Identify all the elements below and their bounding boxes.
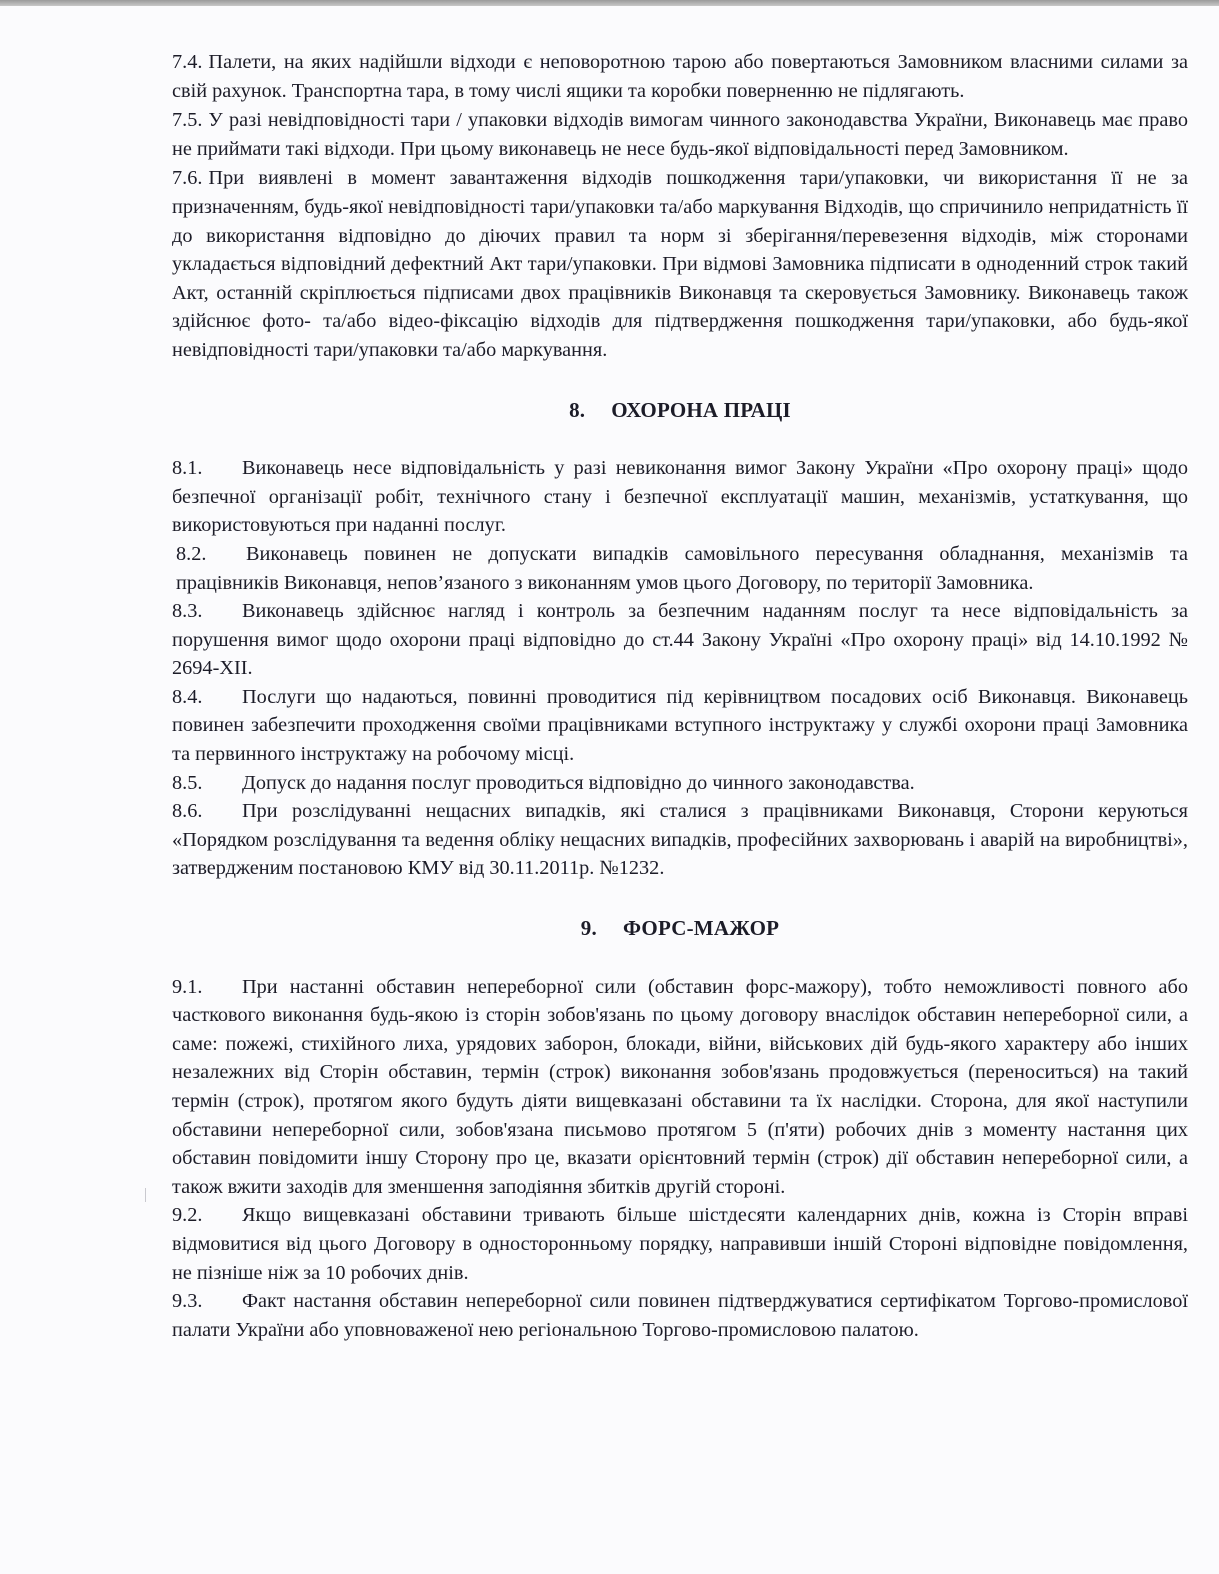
clause-8-6: 8.6.При розслідуванні нещасних випадків,… bbox=[172, 797, 1188, 883]
clause-text: Виконавець повинен не допускати випадків… bbox=[176, 543, 1188, 594]
clause-text: Виконавець здійснює нагляд і контроль за… bbox=[172, 600, 1188, 679]
clause-8-4: 8.4.Послуги що надаються, повинні провод… bbox=[172, 683, 1188, 769]
section-9-items: 9.1.При настанні обставин непереборної с… bbox=[172, 973, 1188, 1345]
clause-9-3: 9.3.Факт настання обставин непереборної … bbox=[172, 1287, 1188, 1344]
clause-text: Факт настання обставин непереборної сили… bbox=[172, 1290, 1188, 1341]
section-9-heading: 9.ФОРС-МАЖОР bbox=[172, 914, 1188, 943]
section-title: ФОРС-МАЖОР bbox=[623, 916, 779, 940]
section-8-heading: 8.ОХОРОНА ПРАЦІ bbox=[172, 396, 1188, 425]
section-7-items: 7.4.Палети, на яких надійшли відходи є н… bbox=[172, 48, 1188, 365]
scan-top-edge bbox=[0, 0, 1219, 6]
clause-text: Послуги що надаються, повинні проводитис… bbox=[172, 686, 1188, 765]
clause-7-5: 7.5.У разі невідповідності тари / упаков… bbox=[172, 106, 1188, 163]
section-number: 8. bbox=[569, 398, 585, 422]
scan-artifact-mark bbox=[145, 1188, 146, 1202]
clause-text: У разі невідповідності тари / упаковки в… bbox=[172, 109, 1188, 160]
clause-text: При настанні обставин непереборної сили … bbox=[172, 976, 1188, 1198]
clause-text: Палети, на яких надійшли відходи є непов… bbox=[172, 51, 1188, 102]
clause-number: 9.2. bbox=[172, 1201, 242, 1230]
clause-number: 8.2. bbox=[176, 540, 246, 569]
clause-number: 8.4. bbox=[172, 683, 242, 712]
clause-number: 8.5. bbox=[172, 769, 242, 798]
clause-number: 8.1. bbox=[172, 454, 242, 483]
clause-number: 7.6. bbox=[172, 167, 202, 189]
document-page: 7.4.Палети, на яких надійшли відходи є н… bbox=[172, 48, 1188, 1344]
section-8-items: 8.1.Виконавець несе відповідальність у р… bbox=[172, 454, 1188, 883]
clause-8-3: 8.3.Виконавець здійснює нагляд і контрол… bbox=[172, 597, 1188, 683]
clause-text: Якщо вищевказані обставини тривають біль… bbox=[172, 1204, 1188, 1283]
clause-7-4: 7.4.Палети, на яких надійшли відходи є н… bbox=[172, 48, 1188, 105]
clause-9-1: 9.1.При настанні обставин непереборної с… bbox=[172, 973, 1188, 1202]
clause-text: При розслідуванні нещасних випадків, які… bbox=[172, 800, 1188, 879]
section-title: ОХОРОНА ПРАЦІ bbox=[611, 398, 791, 422]
clause-number: 7.5. bbox=[172, 109, 202, 131]
clause-number: 9.3. bbox=[172, 1287, 242, 1316]
clause-text: При виявлені в момент завантаження відхо… bbox=[172, 167, 1188, 361]
clause-text: Допуск до надання послуг проводиться від… bbox=[242, 772, 915, 794]
clause-8-1: 8.1.Виконавець несе відповідальність у р… bbox=[172, 454, 1188, 540]
clause-number: 7.4. bbox=[172, 51, 202, 73]
clause-number: 8.6. bbox=[172, 797, 242, 826]
clause-7-6: 7.6.При виявлені в момент завантаження в… bbox=[172, 164, 1188, 364]
clause-text: Виконавець несе відповідальність у разі … bbox=[172, 457, 1188, 536]
clause-9-2: 9.2.Якщо вищевказані обставини тривають … bbox=[172, 1201, 1188, 1287]
clause-8-2: 8.2.Виконавець повинен не допускати випа… bbox=[172, 540, 1188, 597]
clause-number: 8.3. bbox=[172, 597, 242, 626]
clause-number: 9.1. bbox=[172, 973, 242, 1002]
clause-8-5: 8.5.Допуск до надання послуг проводиться… bbox=[172, 769, 1188, 798]
section-number: 9. bbox=[581, 916, 597, 940]
